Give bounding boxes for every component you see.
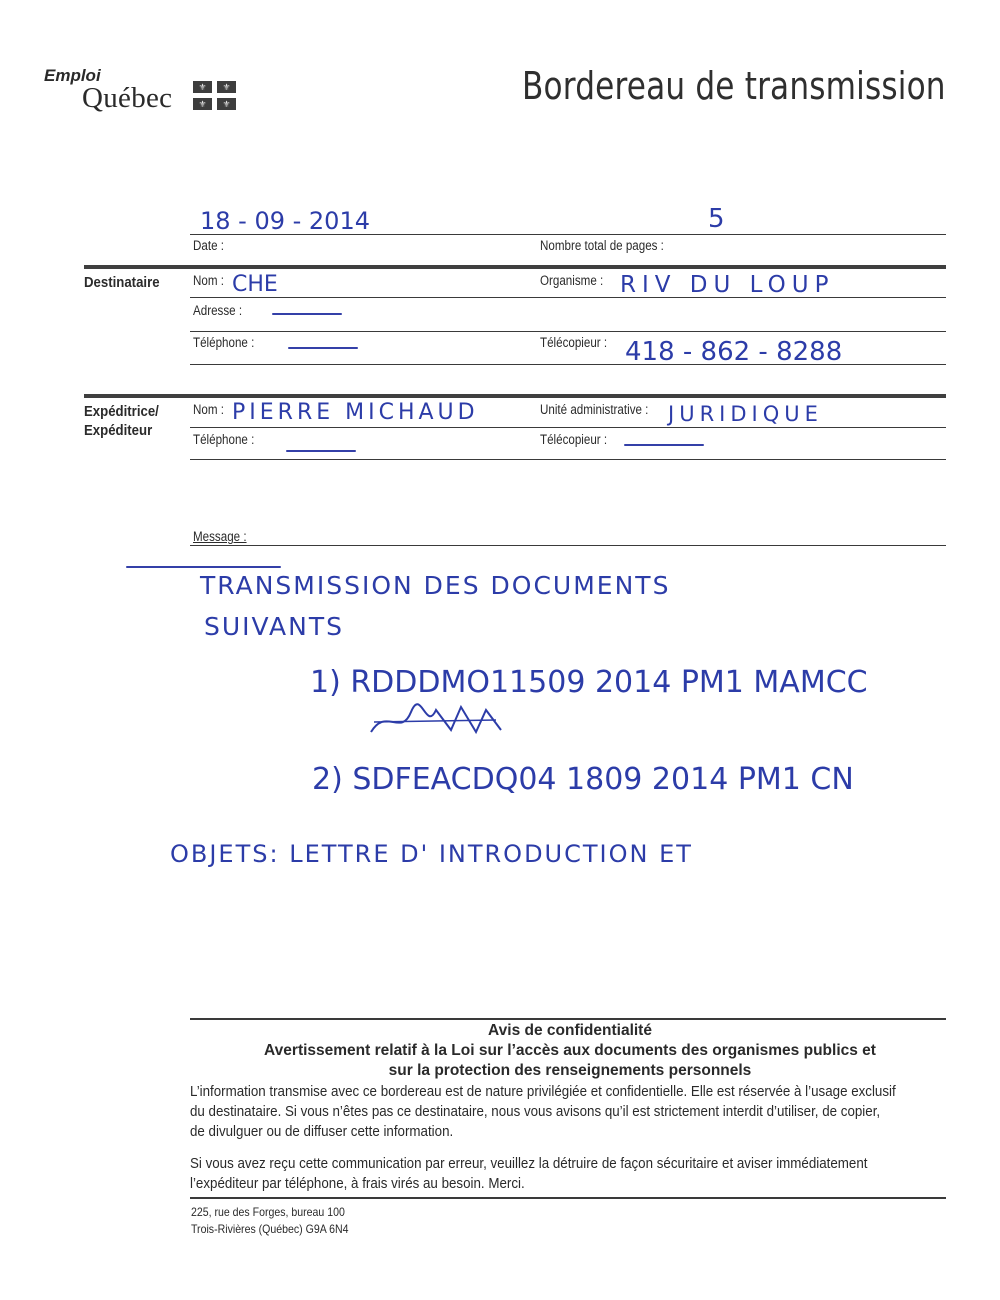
notice-text: du destinataire. Si vous n’êtes pas ce d… [190, 1102, 902, 1122]
quebec-flag-icon: ⚜ ⚜ ⚜ ⚜ [193, 81, 237, 111]
fleur-de-lis-icon: ⚜ [217, 81, 236, 93]
message-line [190, 545, 946, 546]
dest-nom-value[interactable]: CHE [232, 272, 278, 297]
message-line-1[interactable]: TRANSMISSION DES DOCUMENTS [200, 571, 670, 600]
exp-telecopieur-value[interactable] [624, 444, 704, 446]
notice-title: Avis de confidentialité [190, 1022, 950, 1040]
pages-value[interactable]: 5 [708, 204, 725, 234]
notice-paragraph-1: L’information transmise avec ce borderea… [190, 1082, 902, 1142]
notice-paragraph-2: Si vous avez reçu cette communication pa… [190, 1154, 902, 1194]
unite-label: Unité administrative : [540, 402, 648, 417]
date-line [190, 234, 946, 235]
scribble-icon [366, 702, 516, 742]
footer-divider [190, 1197, 946, 1199]
objets-line[interactable]: OBJETS: LETTRE D' INTRODUCTION ET [170, 840, 693, 868]
date-label: Date : [193, 238, 224, 253]
dest-telephone-value[interactable] [288, 347, 358, 349]
notice-text: L’information transmise avec ce borderea… [190, 1082, 902, 1102]
address-line: 225, rue des Forges, bureau 100 [191, 1204, 348, 1221]
notice-subtitle-1: Avertissement relatif à la Loi sur l’acc… [190, 1042, 950, 1060]
notice-text: Si vous avez reçu cette communication pa… [190, 1154, 902, 1174]
organisme-label: Organisme : [540, 273, 603, 288]
field-line [190, 459, 946, 460]
field-line [190, 331, 946, 332]
fleur-de-lis-icon: ⚜ [193, 98, 212, 110]
footer-address: 225, rue des Forges, bureau 100 Trois-Ri… [191, 1204, 348, 1238]
field-line [190, 297, 946, 298]
exp-telephone-label: Téléphone : [193, 432, 254, 447]
field-line [190, 427, 946, 428]
message-stroke [126, 566, 281, 568]
dest-telecopieur-label: Télécopieur : [540, 335, 607, 350]
date-value[interactable]: 18 - 09 - 2014 [200, 207, 370, 235]
fleur-de-lis-icon: ⚜ [217, 98, 236, 110]
unite-value[interactable]: JURIDIQUE [668, 402, 823, 426]
section-divider [84, 265, 946, 269]
dest-adresse-label: Adresse : [193, 303, 242, 318]
exp-nom-label: Nom : [193, 402, 224, 417]
notice-divider [190, 1018, 946, 1020]
exp-telecopieur-label: Télécopieur : [540, 432, 607, 447]
notice-text: de divulguer ou de diffuser cette inform… [190, 1122, 902, 1142]
notice-text: l’expéditeur par téléphone, à frais viré… [190, 1174, 902, 1194]
expediteur-label: Expéditrice/ Expéditeur [84, 402, 159, 440]
address-line: Trois-Rivières (Québec) G9A 6N4 [191, 1221, 348, 1238]
organisme-value[interactable]: RIV DU LOUP [620, 272, 834, 298]
pages-label: Nombre total de pages : [540, 238, 664, 253]
section-divider [84, 394, 946, 398]
field-line [190, 364, 946, 365]
message-label: Message : [193, 529, 247, 544]
expediteur-label-line2: Expéditeur [84, 421, 159, 440]
document-item-2[interactable]: 2) SDFEACDQ04 1809 2014 PM1 CN [312, 762, 854, 797]
exp-nom-value[interactable]: PIERRE MICHAUD [232, 400, 479, 425]
exp-telephone-value[interactable] [286, 450, 356, 452]
notice-subtitle-2: sur la protection des renseignements per… [190, 1062, 950, 1080]
page-title: Bordereau de transmission [522, 64, 946, 108]
logo-quebec: Québec [82, 82, 172, 115]
dest-telephone-label: Téléphone : [193, 335, 254, 350]
fleur-de-lis-icon: ⚜ [193, 81, 212, 93]
dest-adresse-value[interactable] [272, 313, 342, 315]
destinataire-label: Destinataire [84, 273, 160, 292]
document-item-1[interactable]: 1) RDDDMO11509 2014 PM1 MAMCC [310, 665, 868, 700]
expediteur-label-line1: Expéditrice/ [84, 402, 159, 421]
message-line-2[interactable]: SUIVANTS [204, 612, 344, 641]
dest-telecopieur-value[interactable]: 418 - 862 - 8288 [625, 337, 842, 367]
dest-nom-label: Nom : [193, 273, 224, 288]
